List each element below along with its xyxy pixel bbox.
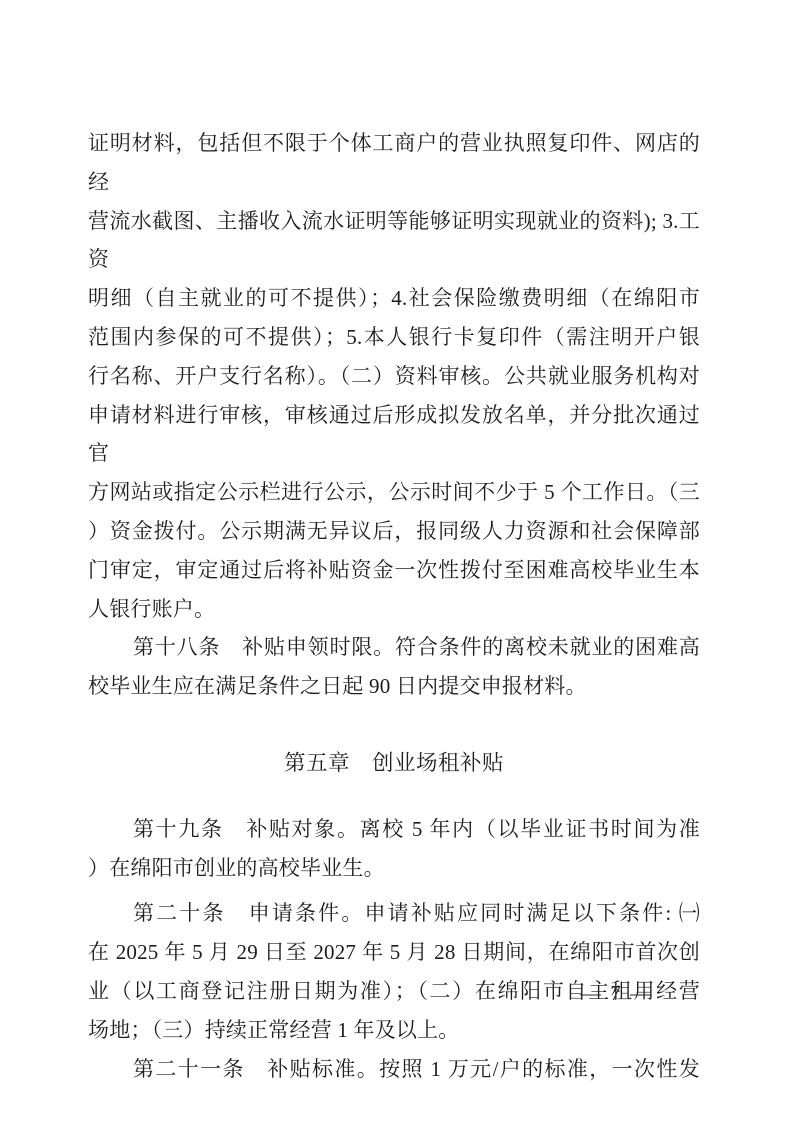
text-line: 明细（自主就业的可不提供）；4.社会保险缴费明细（在绵阳市 bbox=[88, 279, 700, 318]
text-line: ）在绵阳市创业的高校毕业生。 bbox=[88, 849, 700, 888]
paragraph-article-20: 第二十条 申请条件。申请补贴应同时满足以下条件: ㈠ 在 2025 年 5 月 … bbox=[88, 894, 700, 1049]
text-line: 第十八条 补贴申领时限。符合条件的离校未就业的困难高 bbox=[88, 628, 700, 667]
text-line: 场地；（三）持续正常经营 1 年及以上。 bbox=[88, 1011, 700, 1050]
text-line: 人银行账户。 bbox=[88, 590, 700, 629]
text-line: 方网站或指定公示栏进行公示，公示时间不少于 5 个工作日。（三 bbox=[88, 473, 700, 512]
paragraph-article-21: 第二十一条 补贴标准。按照 1 万元/户的标准，一次性发 bbox=[88, 1050, 700, 1089]
paragraph-article-18: 第十八条 补贴申领时限。符合条件的离校未就业的困难高 校毕业生应在满足条件之日起… bbox=[88, 628, 700, 706]
document-page: 证明材料，包括但不限于个体工商户的营业执照复印件、网店的经 营流水截图、主播收入… bbox=[0, 0, 793, 1123]
text-line: 行名称、开户支行名称）。（二）资料审核。公共就业服务机构对 bbox=[88, 357, 700, 396]
text-line: 校毕业生应在满足条件之日起 90 日内提交申报材料。 bbox=[88, 667, 700, 706]
text-line: 范围内参保的可不提供）；5.本人银行卡复印件（需注明开户银 bbox=[88, 318, 700, 357]
text-line: 第二十一条 补贴标准。按照 1 万元/户的标准，一次性发 bbox=[88, 1050, 700, 1089]
text-line: 申请材料进行审核，审核通过后形成拟发放名单，并分批次通过官 bbox=[88, 396, 700, 474]
page-number: — 7 — bbox=[580, 981, 653, 1005]
text-line: 营流水截图、主播收入流水证明等能够证明实现就业的资料); 3.工资 bbox=[88, 202, 700, 280]
text-line: 证明材料，包括但不限于个体工商户的营业执照复印件、网店的经 bbox=[88, 124, 700, 202]
document-body: 证明材料，包括但不限于个体工商户的营业执照复印件、网店的经 营流水截图、主播收入… bbox=[88, 124, 700, 1088]
paragraph-article-19: 第十九条 补贴对象。离校 5 年内（以毕业证书时间为准 ）在绵阳市创业的高校毕业… bbox=[88, 810, 700, 888]
text-line: 门审定，审定通过后将补贴资金一次性拨付至困难高校毕业生本 bbox=[88, 551, 700, 590]
paragraph-application-process-continued: 证明材料，包括但不限于个体工商户的营业执照复印件、网店的经 营流水截图、主播收入… bbox=[88, 124, 700, 628]
chapter-5-heading: 第五章 创业场租补贴 bbox=[88, 744, 700, 783]
text-line: 第十九条 补贴对象。离校 5 年内（以毕业证书时间为准 bbox=[88, 810, 700, 849]
text-line: 在 2025 年 5 月 29 日至 2027 年 5 月 28 日期间，在绵阳… bbox=[88, 933, 700, 972]
text-line: 第二十条 申请条件。申请补贴应同时满足以下条件: ㈠ bbox=[88, 894, 700, 933]
text-line: ）资金拨付。公示期满无异议后，报同级人力资源和社会保障部 bbox=[88, 512, 700, 551]
